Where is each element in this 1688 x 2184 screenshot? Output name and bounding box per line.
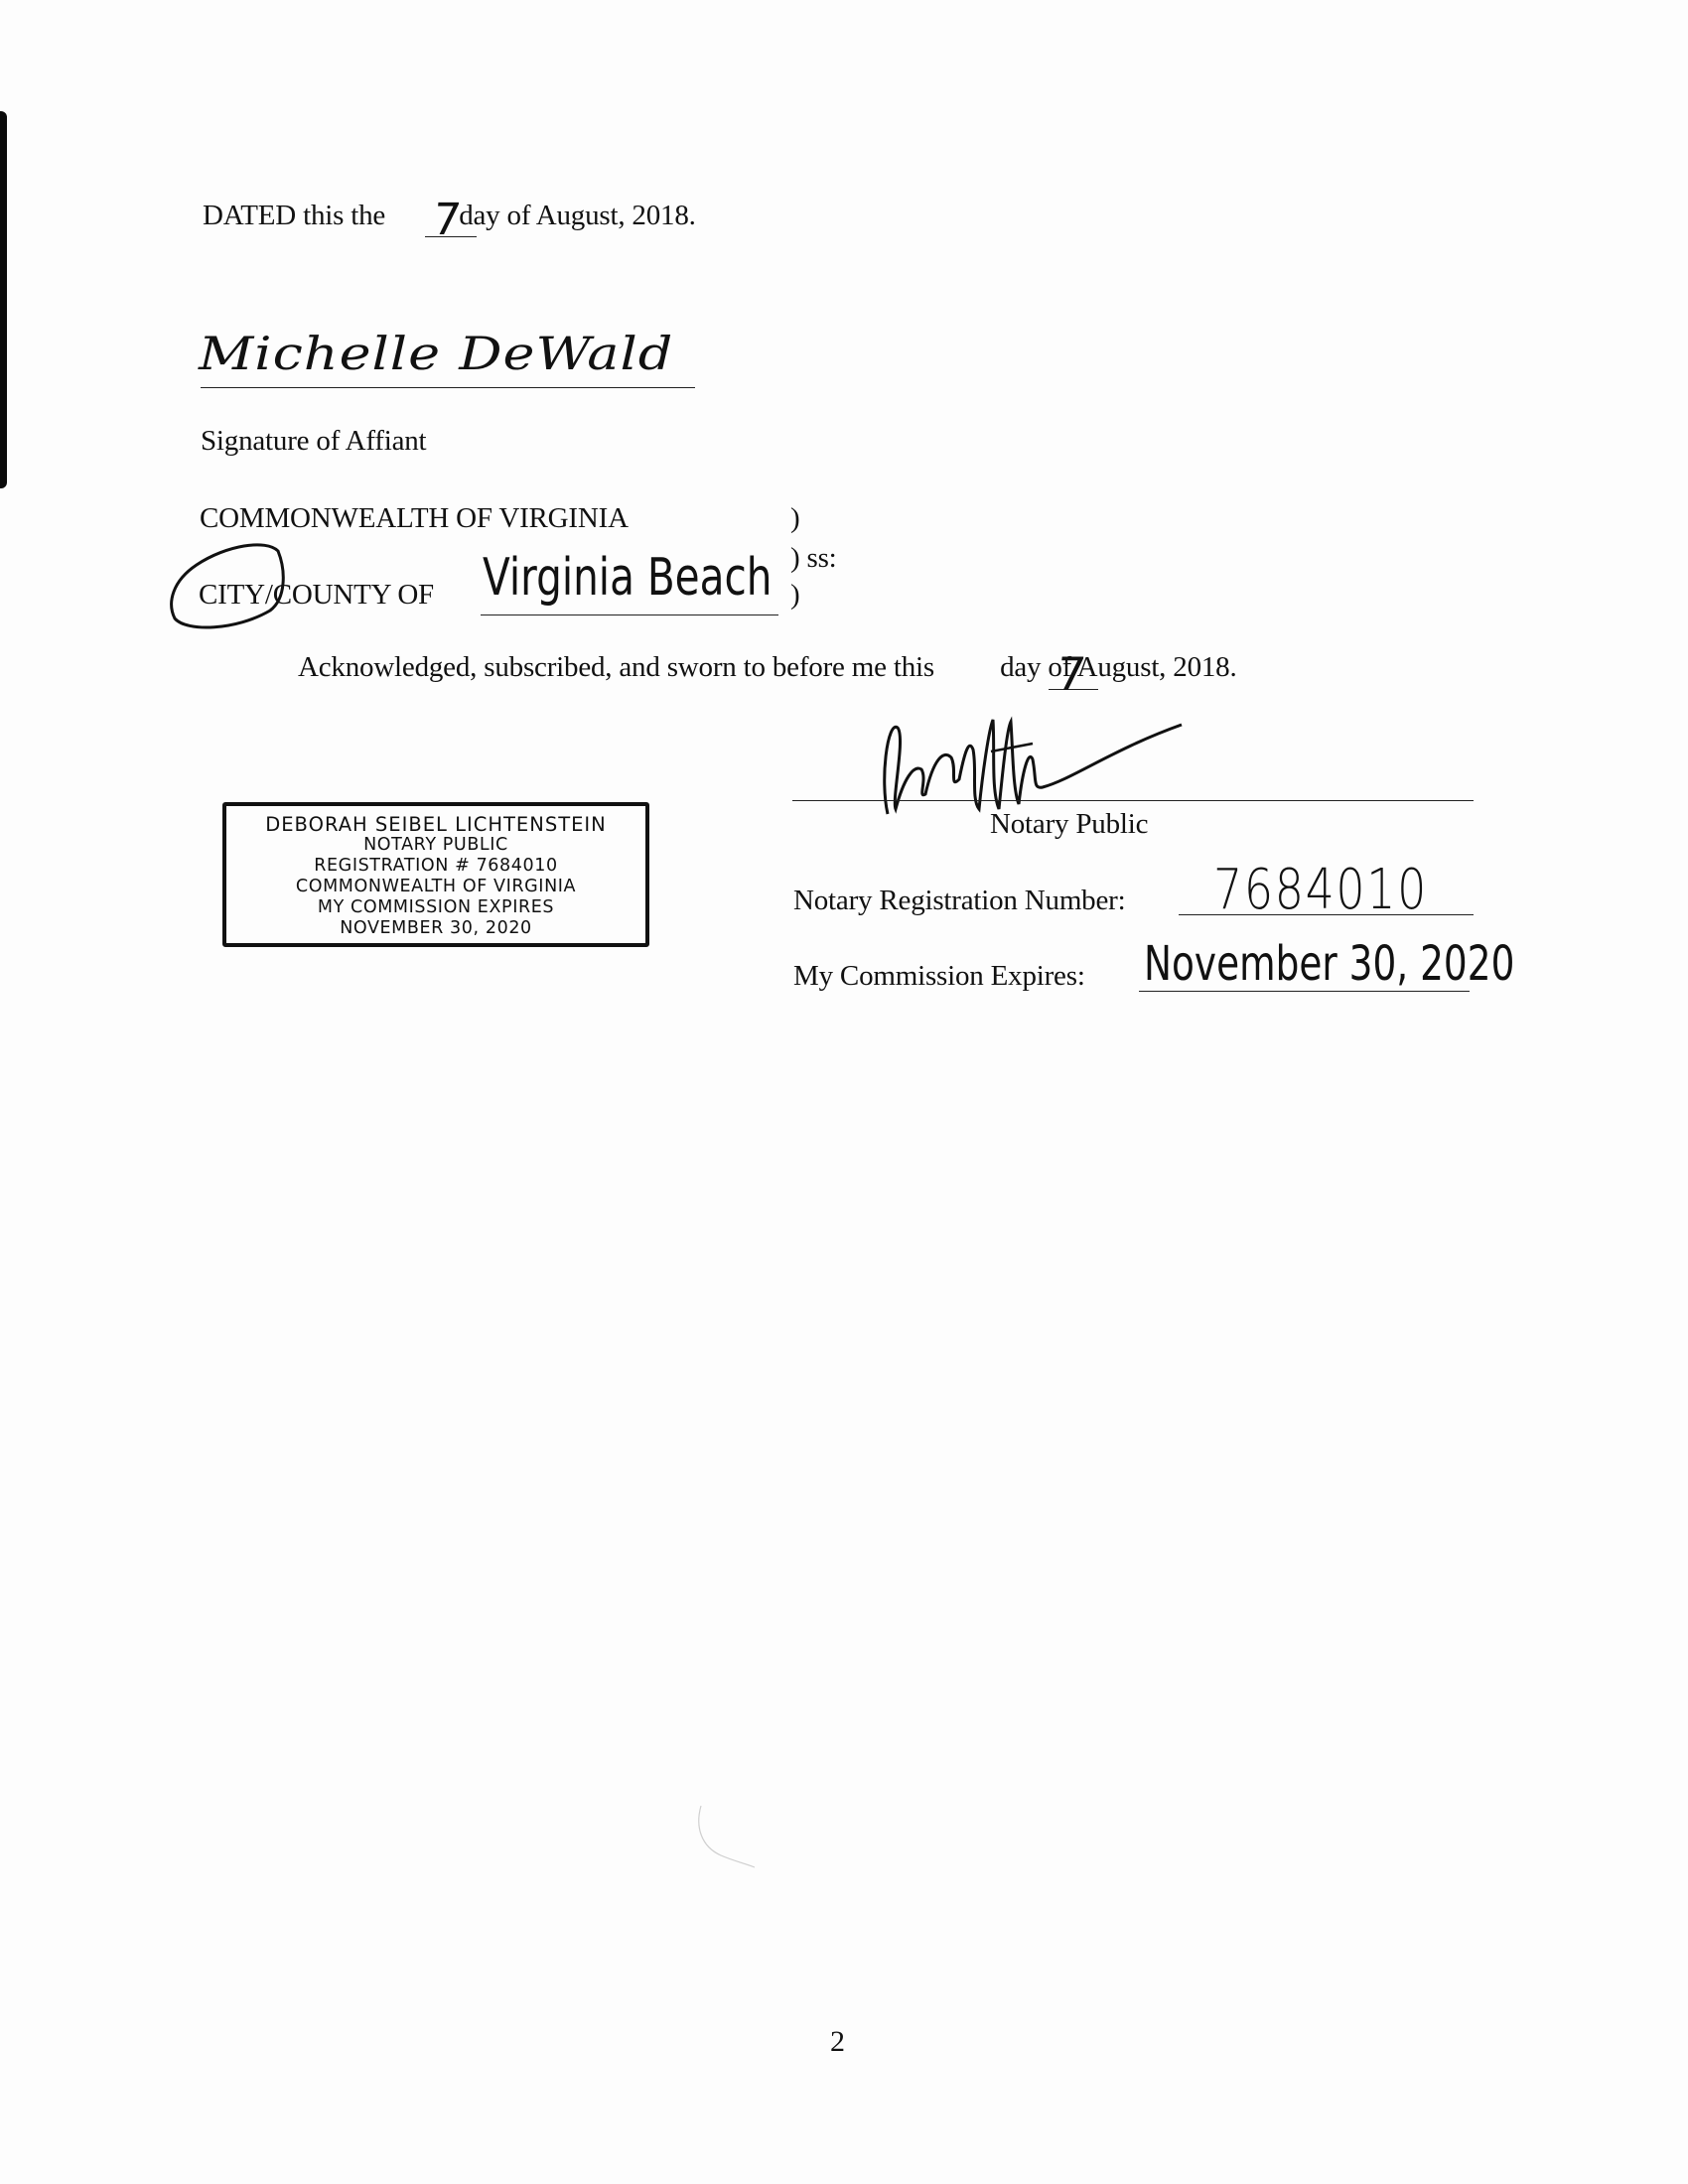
pencil-mark-artifact xyxy=(695,1802,765,1871)
dated-suffix: day of August, 2018. xyxy=(459,200,695,231)
acknowledgment-line: Acknowledged, subscribed, and sworn to b… xyxy=(298,651,1237,684)
acknowledgment-day-handwritten: 7 xyxy=(1054,647,1088,701)
city-circle-mark xyxy=(167,541,291,632)
scan-edge-artifact xyxy=(0,111,7,488)
locality-underline xyxy=(481,614,778,615)
page-number: 2 xyxy=(830,2025,845,2059)
dated-prefix: DATED this the xyxy=(203,200,385,231)
stamp-line-name: DEBORAH SEIBEL LICHTENSTEIN xyxy=(226,814,645,835)
venue-state: COMMONWEALTH OF VIRGINIA xyxy=(200,502,629,535)
venue-paren-bottom: ) xyxy=(790,579,799,612)
stamp-line-title: NOTARY PUBLIC xyxy=(226,835,645,856)
stamp-line-expires-label: MY COMMISSION EXPIRES xyxy=(226,897,645,918)
registration-label: Notary Registration Number: xyxy=(793,885,1125,917)
notary-stamp: DEBORAH SEIBEL LICHTENSTEIN NOTARY PUBLI… xyxy=(222,802,649,947)
notary-label: Notary Public xyxy=(990,808,1148,841)
dated-day-handwritten: 7 xyxy=(430,195,463,245)
commission-value-handwritten: November 30, 2020 xyxy=(1144,936,1514,992)
document-page: DATED this the day of August, 2018. 7 Mi… xyxy=(0,0,1688,2184)
venue-paren-top: ) xyxy=(790,502,799,535)
affiant-label: Signature of Affiant xyxy=(201,425,426,458)
stamp-line-expires-date: NOVEMBER 30, 2020 xyxy=(226,918,645,939)
registration-value-handwritten: 7684010 xyxy=(1213,858,1428,922)
commission-label: My Commission Expires: xyxy=(793,960,1085,993)
venue-paren-ss: ) ss: xyxy=(790,542,837,575)
stamp-line-registration: REGISTRATION # 7684010 xyxy=(226,856,645,877)
acknowledgment-suffix: day of August, 2018. xyxy=(1000,651,1236,683)
stamp-line-state: COMMONWEALTH OF VIRGINIA xyxy=(226,877,645,897)
notary-signature-line xyxy=(792,800,1474,801)
affiant-signature: Michelle DeWald xyxy=(199,328,673,381)
acknowledgment-prefix: Acknowledged, subscribed, and sworn to b… xyxy=(298,651,934,683)
affiant-signature-line xyxy=(201,387,695,388)
locality-handwritten: Virginia Beach xyxy=(483,548,772,608)
